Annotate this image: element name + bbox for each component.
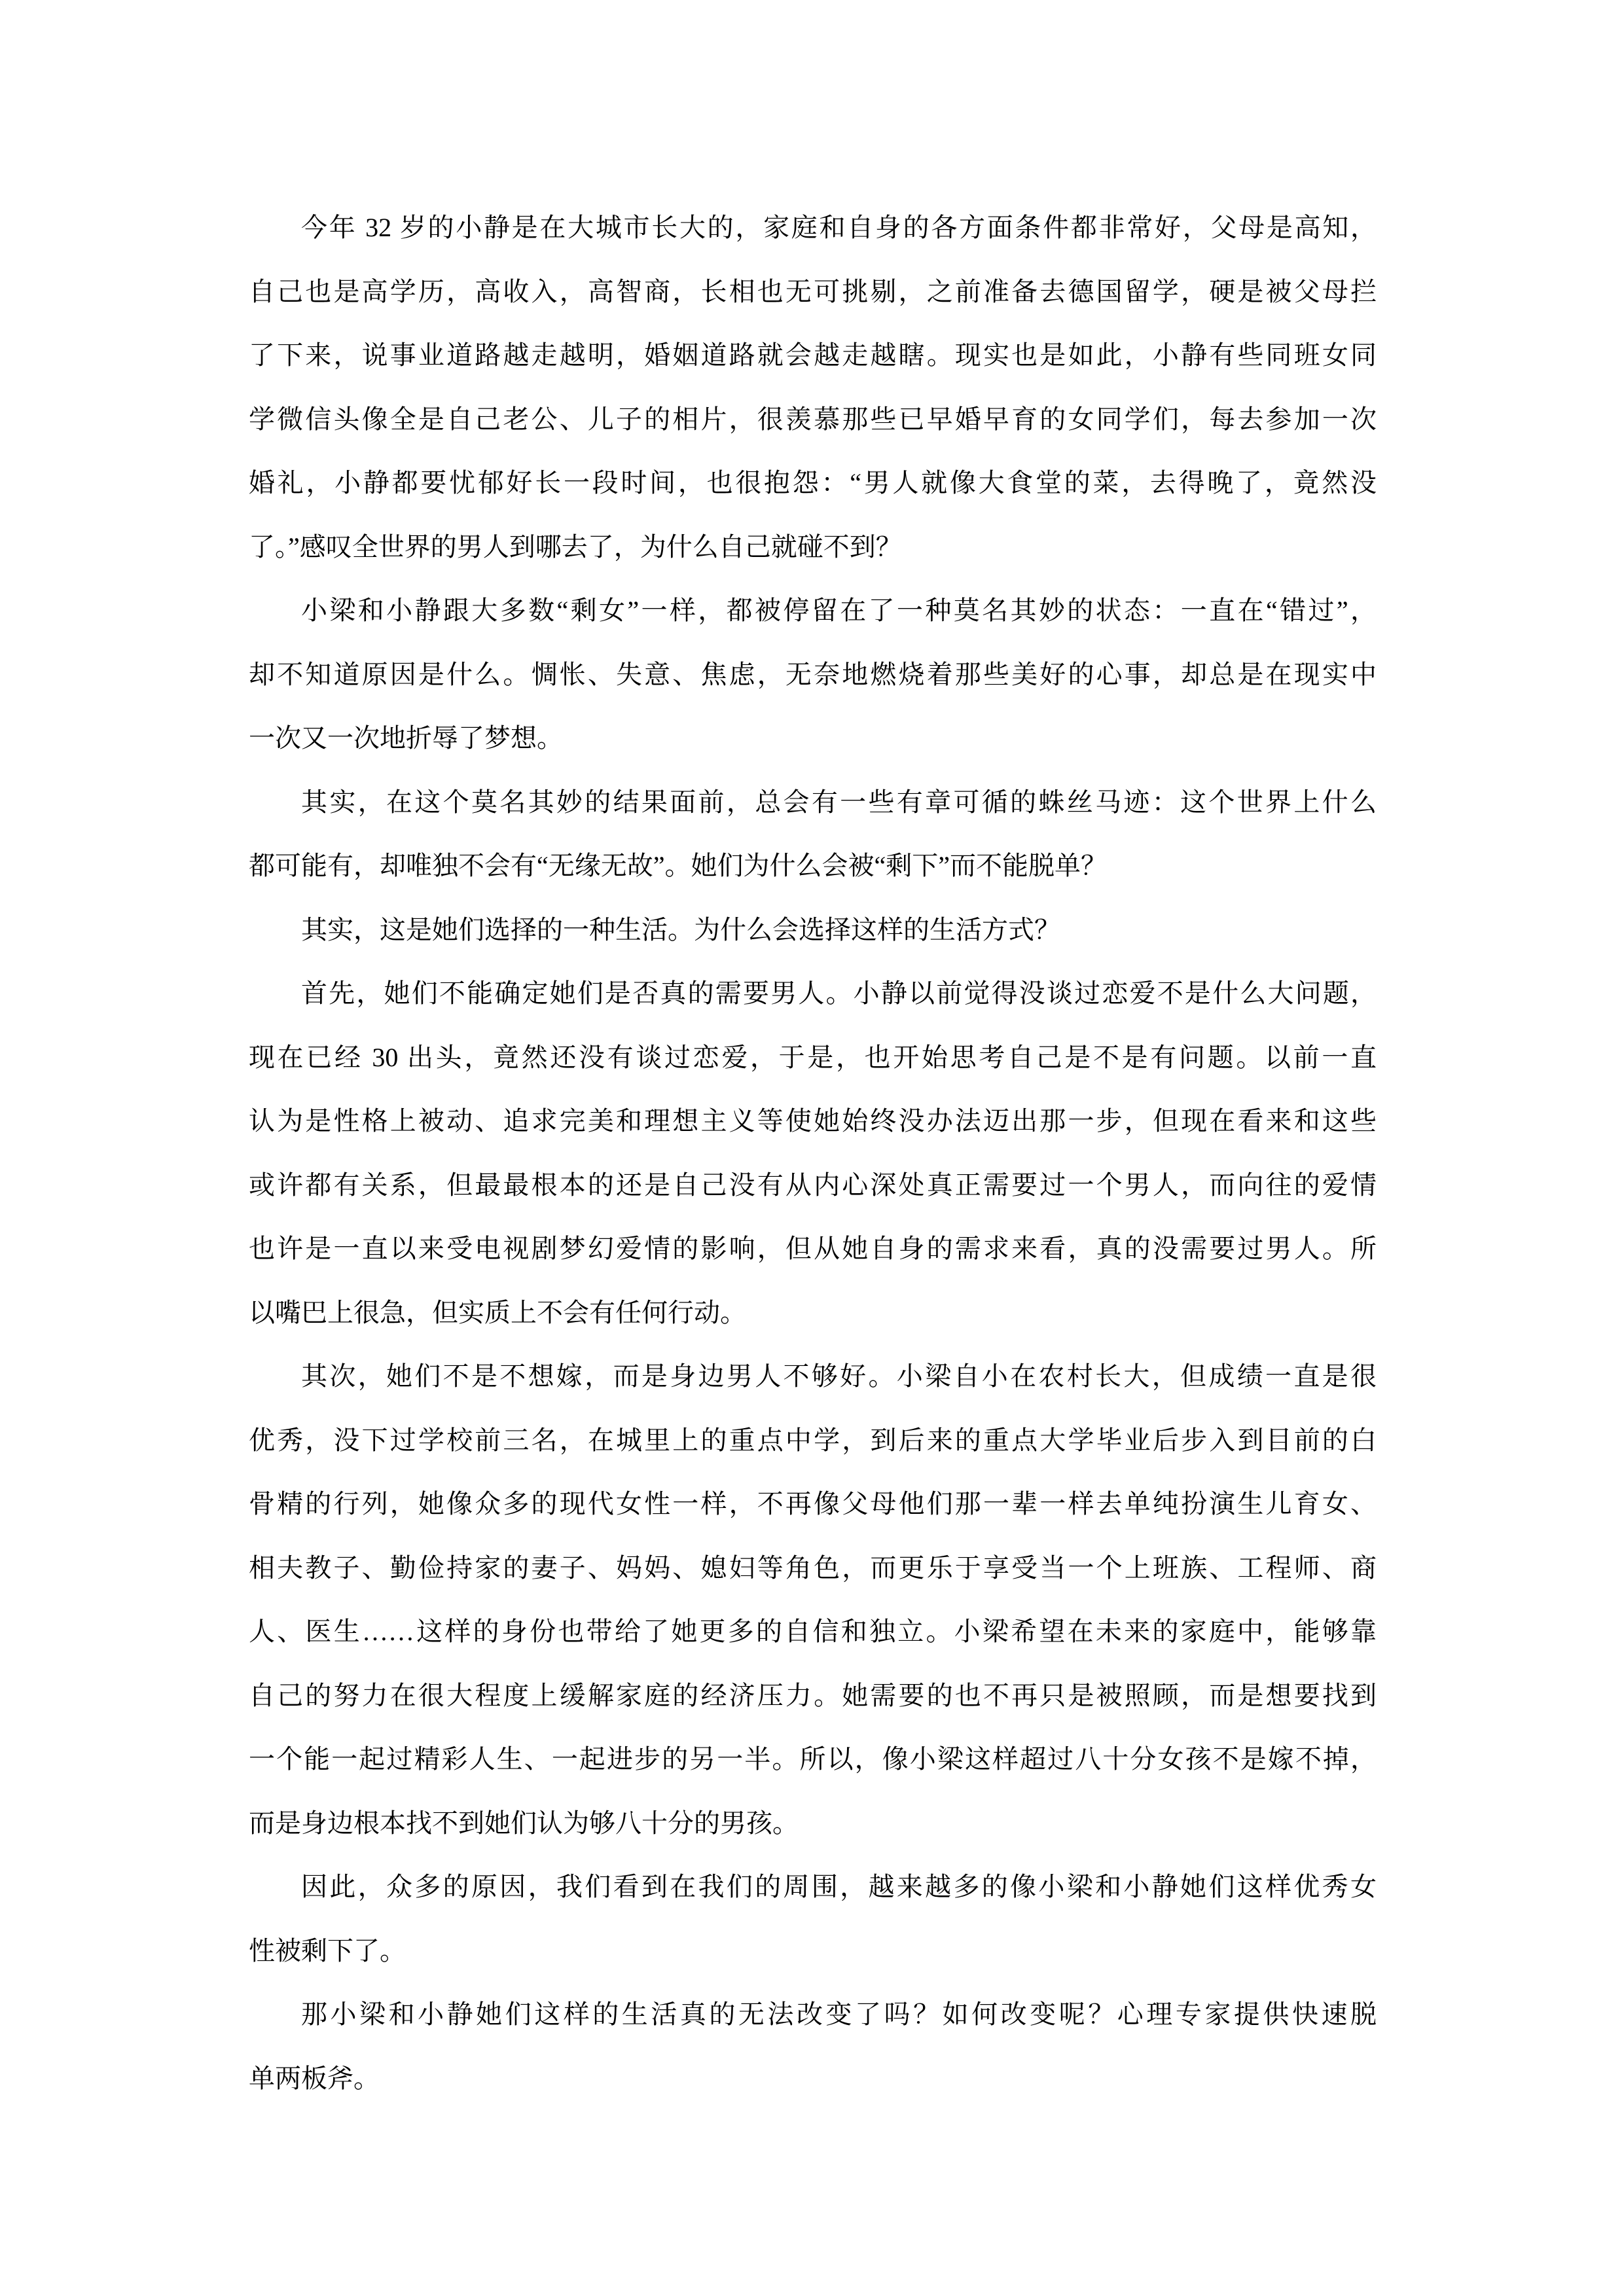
paragraph: 其实，这是她们选择的一种生活。为什么会选择这样的生活方式？	[249, 898, 1377, 962]
text-line: 其次，她们不是不想嫁，而是身边男人不够好。小梁自小在农村长大，但成绩一直是很	[249, 1344, 1377, 1408]
text-line: 首先，她们不能确定她们是否真的需要男人。小静以前觉得没谈过恋爱不是什么大问题，	[249, 961, 1377, 1026]
text-line: 相夫教子、勤俭持家的妻子、妈妈、媳妇等角色，而更乐于享受当一个上班族、工程师、商	[249, 1536, 1377, 1600]
text-line: 单两板斧。	[249, 2047, 1377, 2111]
text-line: 那小梁和小静她们这样的生活真的无法改变了吗？如何改变呢？心理专家提供快速脱	[249, 1982, 1377, 2047]
paragraph: 因此，众多的原因，我们看到在我们的周围，越来越多的像小梁和小静她们这样优秀女性被…	[249, 1855, 1377, 1982]
text-line: 自己也是高学历，高收入，高智商，长相也无可挑剔，之前准备去德国留学，硬是被父母拦	[249, 260, 1377, 324]
paragraph: 其次，她们不是不想嫁，而是身边男人不够好。小梁自小在农村长大，但成绩一直是很优秀…	[249, 1344, 1377, 1855]
paragraph: 今年 32 岁的小静是在大城市长大的，家庭和自身的各方面条件都非常好，父母是高知…	[249, 196, 1377, 579]
text-line: 了下来，说事业道路越走越明，婚姻道路就会越走越瞎。现实也是如此，小静有些同班女同	[249, 323, 1377, 387]
paragraph: 小梁和小静跟大多数“剩女”一样，都被停留在了一种莫名其妙的状态：一直在“错过”，…	[249, 579, 1377, 770]
paragraph: 首先，她们不能确定她们是否真的需要男人。小静以前觉得没谈过恋爱不是什么大问题，现…	[249, 961, 1377, 1344]
text-line: 骨精的行列，她像众多的现代女性一样，不再像父母他们那一辈一样去单纯扮演生儿育女、	[249, 1472, 1377, 1536]
paragraph: 那小梁和小静她们这样的生活真的无法改变了吗？如何改变呢？心理专家提供快速脱单两板…	[249, 1982, 1377, 2110]
text-line: 今年 32 岁的小静是在大城市长大的，家庭和自身的各方面条件都非常好，父母是高知…	[249, 196, 1377, 260]
text-line: 都可能有，却唯独不会有“无缘无故”。她们为什么会被“剩下”而不能脱单？	[249, 834, 1377, 898]
text-line: 学微信头像全是自己老公、儿子的相片，很羡慕那些已早婚早育的女同学们，每去参加一次	[249, 387, 1377, 452]
text-line: 优秀，没下过学校前三名，在城里上的重点中学，到后来的重点大学毕业后步入到目前的白	[249, 1408, 1377, 1473]
text-line: 因此，众多的原因，我们看到在我们的周围，越来越多的像小梁和小静她们这样优秀女	[249, 1855, 1377, 1919]
text-line: 自己的努力在很大程度上缓解家庭的经济压力。她需要的也不再只是被照顾，而是想要找到	[249, 1664, 1377, 1728]
text-line: 婚礼，小静都要忧郁好长一段时间，也很抱怨：“男人就像大食堂的菜，去得晚了，竟然没	[249, 451, 1377, 515]
text-line: 性被剩下了。	[249, 1919, 1377, 1983]
text-line: 而是身边根本找不到她们认为够八十分的男孩。	[249, 1791, 1377, 1856]
text-line: 小梁和小静跟大多数“剩女”一样，都被停留在了一种莫名其妙的状态：一直在“错过”，	[249, 579, 1377, 643]
paragraph: 其实，在这个莫名其妙的结果面前，总会有一些有章可循的蛛丝马迹：这个世界上什么都可…	[249, 770, 1377, 898]
text-line: 一个能一起过精彩人生、一起进步的另一半。所以，像小梁这样超过八十分女孩不是嫁不掉…	[249, 1727, 1377, 1791]
document-page: 今年 32 岁的小静是在大城市长大的，家庭和自身的各方面条件都非常好，父母是高知…	[0, 0, 1624, 2296]
text-line: 其实，在这个莫名其妙的结果面前，总会有一些有章可循的蛛丝马迹：这个世界上什么	[249, 770, 1377, 834]
text-line: 其实，这是她们选择的一种生活。为什么会选择这样的生活方式？	[249, 898, 1377, 962]
text-line: 认为是性格上被动、追求完美和理想主义等使她始终没办法迈出那一步，但现在看来和这些	[249, 1089, 1377, 1153]
text-line: 现在已经 30 出头，竟然还没有谈过恋爱，于是，也开始思考自己是不是有问题。以前…	[249, 1026, 1377, 1090]
text-line: 或许都有关系，但最最根本的还是自己没有从内心深处真正需要过一个男人，而向往的爱情	[249, 1153, 1377, 1217]
text-line: 一次又一次地折辱了梦想。	[249, 706, 1377, 770]
text-line: 了。”感叹全世界的男人到哪去了，为什么自己就碰不到？	[249, 515, 1377, 579]
text-line: 也许是一直以来受电视剧梦幻爱情的影响，但从她自身的需求来看，真的没需要过男人。所	[249, 1217, 1377, 1281]
text-line: 人、医生……这样的身份也带给了她更多的自信和独立。小梁希望在未来的家庭中，能够靠	[249, 1600, 1377, 1664]
text-line: 以嘴巴上很急，但实质上不会有任何行动。	[249, 1281, 1377, 1345]
document-content: 今年 32 岁的小静是在大城市长大的，家庭和自身的各方面条件都非常好，父母是高知…	[249, 196, 1377, 2110]
text-line: 却不知道原因是什么。惆怅、失意、焦虑，无奈地燃烧着那些美好的心事，却总是在现实中	[249, 643, 1377, 707]
